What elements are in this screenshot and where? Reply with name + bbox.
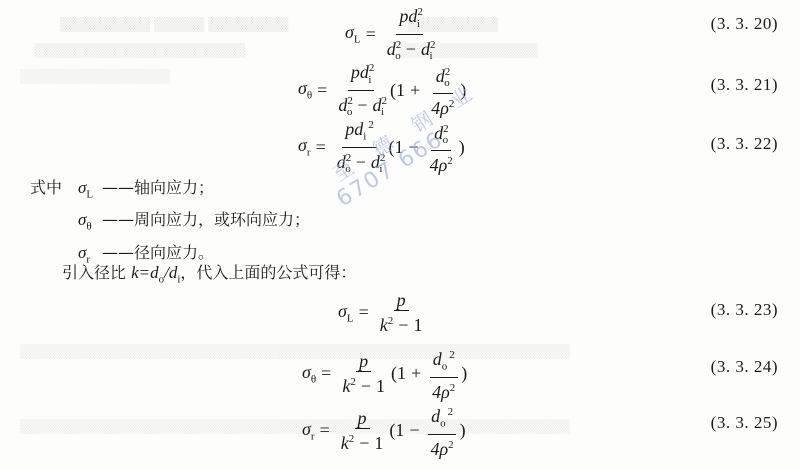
ratio-definition: k=do/di [131, 263, 180, 282]
denominator: k2−1 [339, 372, 388, 396]
denominator: k2−1 [377, 311, 426, 335]
equation-3-3-25: σr = p k2−1 ( 1 − do2 4ρ2 ) [302, 402, 466, 459]
lhs-symbol: σθ [302, 362, 316, 386]
equation-number: (3. 3. 20) [711, 14, 778, 34]
one: 1 [394, 137, 403, 158]
equation-3-3-21: σθ = pd2i d2o−d2i ( 1 + d2o 4ρ2 ) [298, 58, 466, 122]
lhs-symbol: σr [298, 135, 311, 159]
numerator: d2o [431, 119, 451, 152]
numerator: pd2i [396, 2, 423, 35]
definitions-lead: 式中 [30, 175, 78, 201]
numerator: pd2i [348, 58, 375, 91]
right-paren: ) [460, 80, 466, 101]
lhs-symbol: σL [338, 301, 354, 325]
fraction: do2 4ρ2 [429, 345, 458, 402]
denominator: 4ρ2 [428, 435, 457, 459]
em-dash: —— [102, 175, 134, 201]
equation-3-3-20: σL = pd2i d2o−d2i [345, 2, 439, 66]
fraction: pd2i d2o−d2i [335, 58, 387, 122]
one: 1 [397, 363, 406, 384]
intro-text: ，代入上面的公式可得： [180, 263, 356, 282]
fraction: d2o 4ρ2 [428, 62, 457, 119]
equation-3-3-24: σθ = p k2−1 ( 1 + do2 4ρ2 ) [302, 345, 467, 402]
one: 1 [395, 420, 404, 441]
equation-number: (3. 3. 24) [711, 357, 778, 377]
bleed-through-text: ▒▒▒▒▒▒▒▒▒▒▒▒▒▒▒ [20, 70, 170, 85]
fraction: pd2i d2o−d2i [384, 2, 436, 66]
plus-sign: + [410, 80, 420, 101]
equation-number: (3. 3. 23) [711, 300, 778, 320]
symbol-definitions: 式中 σL —— 轴向应力； σθ —— 周向应力，或环向应力； σr —— 径… [30, 175, 310, 272]
numerator: pdi2 [342, 115, 377, 148]
fraction: p k2−1 [377, 290, 426, 335]
denominator: 4ρ2 [427, 151, 456, 175]
fraction: do2 4ρ2 [428, 402, 457, 459]
definition-symbol: σθ [78, 207, 100, 239]
lhs-symbol: σr [302, 419, 315, 443]
plus-sign: + [411, 363, 421, 384]
bleed-through-text: ▒▒▒▒▒▒▒▒▒▒▒▒▒▒▒▒▒▒▒▒▒▒▒▒▒▒▒▒▒▒▒▒▒▒▒▒▒▒▒▒… [20, 345, 570, 360]
definition-text: 轴向应力； [134, 175, 214, 201]
equals-sign: = [359, 302, 369, 323]
definition-row: 式中 σL —— 轴向应力； [30, 175, 310, 207]
denominator: k2−1 [338, 429, 387, 453]
one: 1 [396, 80, 405, 101]
numerator: d2o [433, 62, 453, 95]
right-paren: ) [460, 420, 466, 441]
bleed-through-text: ▒▒▒▒▒▒▒▒▒▒▒▒▒▒▒▒▒▒▒▒▒ ▒▒▒▒▒▒▒▒▒▒▒▒▒▒ [35, 44, 538, 59]
equation-number: (3. 3. 21) [711, 75, 778, 95]
fraction: pdi2 d2o−d2i [334, 115, 386, 179]
denominator: 4ρ2 [429, 378, 458, 402]
fraction: d2o 4ρ2 [427, 119, 456, 176]
numerator: do2 [430, 345, 458, 378]
bleed-through-text: ▒▒▒▒▒▒▒▒▒▒▒▒▒▒▒▒▒▒▒▒▒▒▒▒▒▒▒▒▒▒▒▒▒▒▒▒▒▒▒▒… [20, 420, 570, 435]
numerator: p [356, 351, 371, 372]
numerator: p [355, 408, 370, 429]
definition-symbol: σL [78, 175, 100, 207]
numerator: do2 [428, 402, 456, 435]
definition-text: 周向应力，或环向应力； [134, 207, 310, 233]
equals-sign: = [316, 137, 326, 158]
equation-3-3-22: σr = pdi2 d2o−d2i ( 1 − d2o 4ρ2 ) [298, 115, 465, 179]
equals-sign: = [317, 80, 327, 101]
definition-row: σθ —— 周向应力，或环向应力； [30, 207, 310, 239]
equation-3-3-23: σL = p k2−1 [338, 290, 428, 335]
fraction: p k2−1 [339, 351, 388, 396]
em-dash: —— [102, 207, 134, 233]
numerator: p [394, 290, 409, 311]
right-paren: ) [461, 363, 467, 384]
denominator: d2o−d2i [334, 148, 386, 180]
lhs-symbol: σθ [298, 78, 312, 102]
minus-sign: − [408, 137, 418, 158]
equals-sign: = [320, 420, 330, 441]
intro-sentence: 引入径比 k=do/di，代入上面的公式可得： [62, 260, 356, 285]
right-paren: ) [459, 137, 465, 158]
equals-sign: = [366, 24, 376, 45]
minus-sign: − [409, 420, 419, 441]
intro-text: 引入径比 [62, 263, 131, 282]
equals-sign: = [321, 363, 331, 384]
equation-number: (3. 3. 25) [711, 413, 778, 433]
fraction: p k2−1 [338, 408, 387, 453]
equation-number: (3. 3. 22) [711, 134, 778, 154]
lhs-symbol: σL [345, 22, 361, 46]
